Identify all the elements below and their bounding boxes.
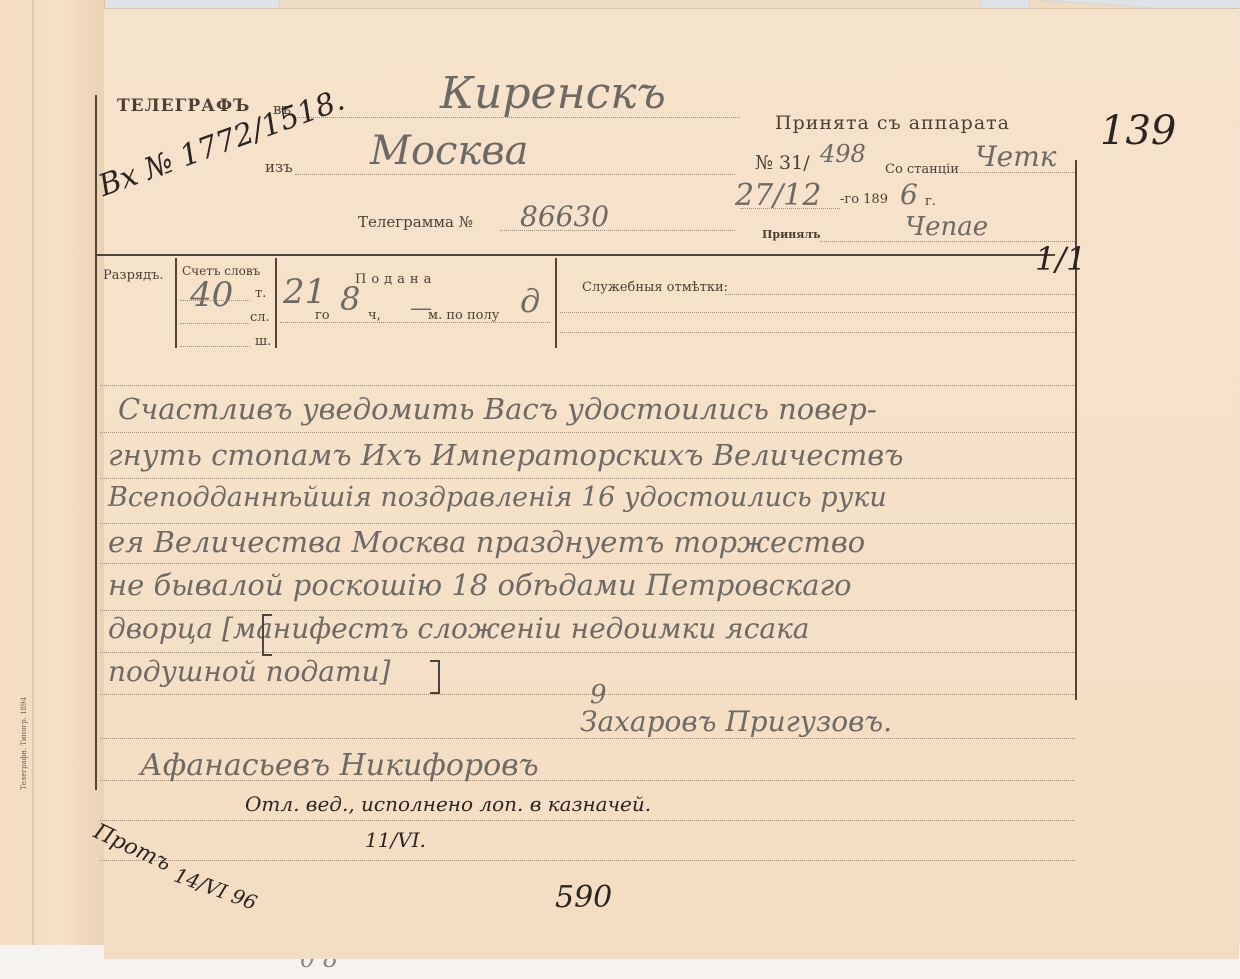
body-rule	[100, 385, 1075, 386]
station-label: Со станціи	[885, 162, 959, 177]
ink-note: Отл. вед., исполнено лоп. в казначей.	[245, 792, 651, 816]
body-rule	[100, 610, 1075, 611]
info-col-divider-3	[555, 258, 557, 348]
body-rule	[100, 432, 1075, 433]
to-value: Киренскъ	[440, 68, 666, 119]
body-rule	[100, 738, 1075, 739]
accepted-value: Чепае	[905, 212, 988, 242]
accepted-label: Принялъ	[762, 228, 821, 241]
info-col-divider-1	[175, 258, 177, 348]
body-rule	[100, 694, 1075, 695]
date-note: 11/VI.	[365, 828, 426, 852]
body-rule	[100, 523, 1075, 524]
body-rule	[100, 652, 1075, 653]
page-fraction: 1/1	[1035, 240, 1087, 278]
sh-line	[180, 346, 250, 347]
body-rule	[100, 478, 1075, 479]
telegram-number-label: Телеграмма №	[358, 213, 473, 231]
form-left-border	[95, 95, 97, 790]
service-line-2	[560, 312, 1075, 313]
body-line-5: не бывалой роскошію 18 обѣдами Петровска…	[108, 568, 852, 602]
station-value: Четк	[975, 140, 1056, 173]
day-value: 21	[283, 272, 326, 312]
submitted-label: Подана	[355, 272, 436, 287]
sh-label: ш.	[255, 334, 271, 349]
signature-1: Захаровъ Пригузовъ.	[580, 705, 892, 738]
bracket-open	[262, 614, 272, 656]
body-line-2: гнуть стопамъ Ихъ Императорскихъ Величес…	[108, 438, 904, 472]
received-heading: Принята съ аппарата	[775, 112, 1010, 134]
body-line-6: дворца [манифестъ сложеніи недоимки ясак…	[108, 612, 810, 645]
service-marks-label: Служебныя отмѣтки:	[582, 280, 728, 295]
year-suffix: г.	[925, 194, 936, 209]
word-count-value: 40	[190, 275, 233, 315]
half-value: д	[520, 282, 540, 320]
form-title: ТЕЛЕГРАФЪ	[117, 96, 250, 116]
body-rule	[100, 563, 1075, 564]
body-rule	[100, 820, 1075, 821]
sl-line	[180, 323, 250, 324]
info-col-divider-2	[275, 258, 277, 348]
body-line-7: подушной подати]	[108, 655, 390, 688]
submitted-line	[280, 322, 550, 323]
from-value: Москва	[370, 128, 528, 174]
year-value: 6	[900, 178, 918, 211]
signature-2: Афанасьевъ Никифоровъ	[140, 748, 539, 783]
received-number-value: 498	[820, 140, 866, 168]
received-number-label: № 31/	[755, 152, 810, 174]
service-line-3	[560, 332, 1075, 333]
printer-imprint: Телеграфн. Типогр. 1894	[20, 697, 28, 790]
date-suffix: -го 189	[840, 192, 888, 207]
t-label: т.	[255, 286, 266, 301]
page-number: 590	[555, 880, 612, 915]
t-line	[180, 300, 250, 301]
telegram-number-value: 86630	[520, 200, 609, 233]
hour-value: 8	[340, 280, 360, 318]
sheet-number: 139	[1100, 108, 1176, 154]
left-page	[0, 0, 105, 979]
body-line-1: Счастливъ уведомить Васъ удостоились пов…	[118, 392, 877, 426]
bracket-close	[430, 660, 440, 694]
hour-suffix: ч,	[368, 308, 381, 323]
date-value: 27/12	[735, 178, 821, 213]
body-rule	[100, 860, 1075, 861]
service-line-1	[725, 294, 1075, 295]
day-suffix: го	[315, 308, 330, 323]
header-divider	[95, 254, 1055, 256]
body-line-4: ея Величества Москва празднуетъ торжеств…	[108, 525, 865, 559]
category-label: Разрядъ.	[103, 268, 164, 283]
sl-label: сл.	[250, 310, 270, 325]
body-line-3: Всеподданнѣйшія поздравленія 16 удостоил…	[108, 482, 887, 513]
from-label: изъ	[265, 158, 293, 176]
from-line	[295, 174, 735, 175]
minute-suffix: м. по полу	[428, 308, 499, 323]
